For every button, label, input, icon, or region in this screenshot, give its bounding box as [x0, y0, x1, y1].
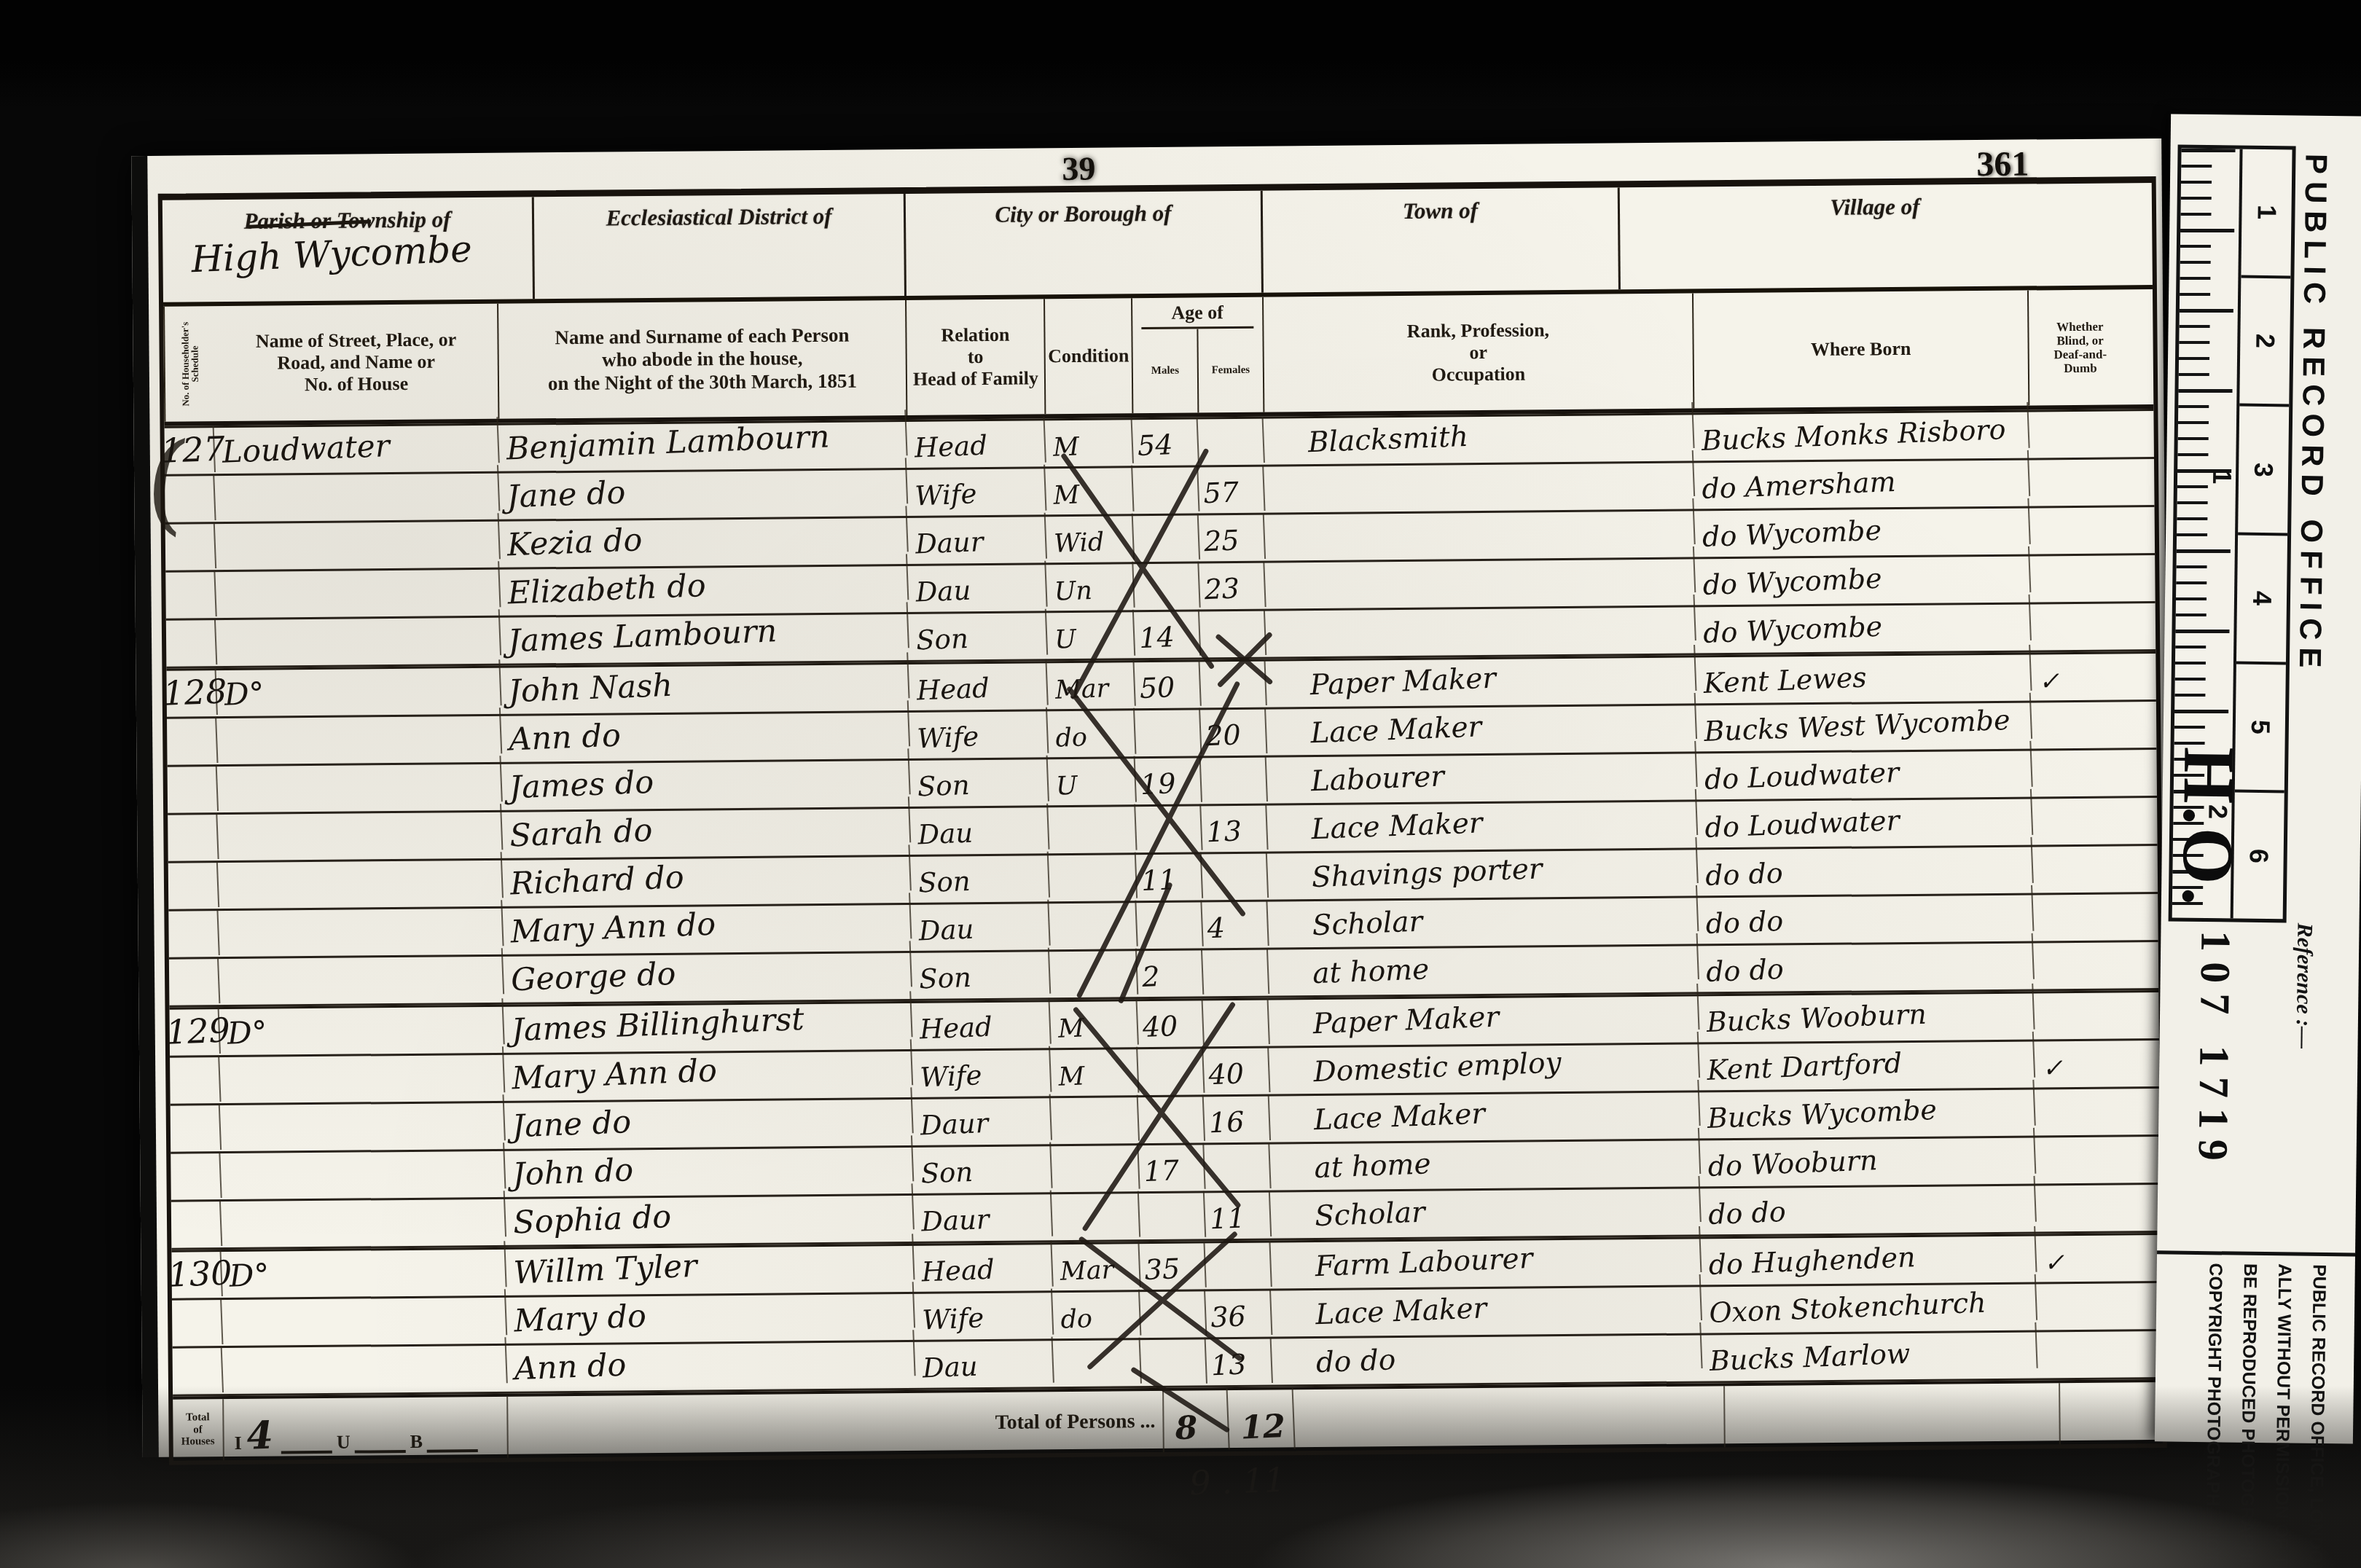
cell-condition: M [1045, 466, 1134, 515]
cell-street [220, 1142, 506, 1199]
scan-background: 39 361 ( Parish or Township of High Wyco… [0, 0, 2361, 1568]
cell-relation: Dau [907, 561, 1047, 612]
cell-age-male: 40 [1138, 999, 1205, 1047]
cell-street [217, 756, 503, 812]
cell-age-male [1140, 1338, 1207, 1386]
cell-schedule-number [165, 1152, 222, 1200]
cell-relation: Dau [910, 900, 1050, 951]
col-header-schedule: No. of Householder's Schedule [163, 306, 215, 422]
village-label: Village of [1830, 194, 1919, 220]
building-label: B [410, 1431, 423, 1453]
cell-age-female [1200, 659, 1267, 707]
cell-street [215, 513, 501, 570]
cell-age-male [1132, 466, 1199, 514]
cell-age-female: 57 [1198, 465, 1265, 513]
cell-blind-mark [2029, 408, 2132, 458]
cell-blind-mark [2035, 1182, 2139, 1231]
cell-blind-mark [2029, 456, 2132, 506]
cell-age-male: 35 [1139, 1242, 1206, 1290]
cell-relation: Head [912, 998, 1052, 1049]
cell-condition: U [1046, 610, 1135, 659]
inhabited-rule [281, 1429, 332, 1454]
cell-relation: Son [908, 609, 1048, 660]
copyright-line: BE REPRODUCED PHOTOGRAPHIC- [2230, 1263, 2266, 1436]
cell-condition: M [1050, 1047, 1139, 1097]
public-record-office-label: PUBLIC RECORD OFFICE [2290, 154, 2334, 912]
col-header-condition: Condition [1045, 298, 1133, 414]
cell-age-male [1136, 901, 1203, 949]
cell-age-female [1204, 1142, 1271, 1191]
census-table: ( Parish or Township of High Wycombe Ecc… [158, 176, 2167, 1465]
cell-schedule-number [165, 1104, 222, 1152]
cell-relation: Daur [912, 1094, 1052, 1145]
cell-street: D° [216, 659, 502, 716]
cell-schedule-number: 127 [159, 426, 216, 474]
totals-spacer-born [1725, 1383, 2061, 1447]
cell-relation: Head [913, 1241, 1053, 1292]
cell-schedule-number: 129 [164, 1008, 221, 1056]
cell-blind-mark: ✓ [2035, 1232, 2139, 1282]
cell-relation: Son [910, 852, 1050, 903]
cell-condition: Wid [1046, 514, 1135, 563]
cell-condition: Mar [1047, 660, 1136, 710]
ruler-cell: 2 [2239, 278, 2290, 407]
cell-condition [1049, 852, 1138, 902]
cell-blind-mark [2029, 552, 2133, 602]
cell-age-male: 2 [1137, 949, 1204, 997]
cell-age-male: 54 [1132, 418, 1199, 466]
age-of-label: Age of [1141, 297, 1253, 329]
age-sub-headers: Males Females [1132, 329, 1263, 413]
ruler-cell-number: 1 [2251, 205, 2282, 220]
cell-relation: Dau [909, 804, 1049, 855]
ruler-cell-number: 5 [2245, 720, 2276, 735]
cell-blind-mark [2034, 989, 2137, 1039]
ruler-cell: 4 [2236, 536, 2287, 665]
cell-age-female: 16 [1204, 1094, 1271, 1142]
cell-schedule-number [160, 522, 216, 571]
uninhabited-rule [355, 1428, 406, 1454]
cell-blind-mark [2035, 1134, 2138, 1183]
cell-condition [1051, 1143, 1140, 1193]
cell-schedule-number [163, 957, 220, 1006]
cell-relation: Wife [914, 1289, 1054, 1340]
cell-condition: Mar [1052, 1242, 1140, 1291]
cell-condition: M [1050, 999, 1139, 1048]
cell-age-male [1140, 1290, 1207, 1338]
cell-age-female [1198, 417, 1265, 465]
cell-age-female: 25 [1199, 513, 1266, 561]
cell-schedule-number [161, 717, 218, 765]
cell-schedule-number [163, 909, 219, 957]
cell-blind-mark [2029, 504, 2133, 554]
column-header-row: No. of Householder's Schedule Name of St… [163, 289, 2153, 426]
folio-number-center: 39 [1062, 149, 1095, 188]
totals-spacer-blind [2060, 1382, 2163, 1444]
cell-age-male: 50 [1135, 660, 1202, 708]
cell-relation: Wife [907, 465, 1046, 516]
cell-age-male: 11 [1136, 852, 1203, 901]
copyright-line: PUBLIC RECORD OFFICE, LONDON [2299, 1264, 2335, 1437]
scan-top-shadow [0, 0, 2361, 109]
reference-label: Reference :— [2290, 923, 2317, 1049]
parish-value: High Wycombe [162, 225, 533, 281]
cell-condition [1051, 1095, 1140, 1145]
cell-age-male [1139, 1191, 1206, 1239]
cell-relation: Head [909, 659, 1049, 710]
corrected-totals-note: 9 . 11 [1189, 1460, 1286, 1503]
inhabited-label: I [235, 1432, 242, 1454]
ho-class-stamp: H.O. [2166, 746, 2252, 909]
cell-blind-mark [2035, 1086, 2138, 1135]
cell-age-female [1199, 609, 1266, 657]
cell-street [216, 707, 502, 764]
inhabited-value: 4 [246, 1414, 275, 1459]
cell-street [222, 1337, 508, 1394]
ruler-cell-number: 3 [2248, 462, 2279, 477]
copyright-line: ALLY WITHOUT PERMISSION OF THE [2265, 1263, 2301, 1436]
cell-schedule-number [165, 1200, 222, 1248]
cell-street [219, 1046, 505, 1103]
cell-age-female: 11 [1205, 1191, 1272, 1239]
cell-age-female [1203, 998, 1270, 1046]
cell-age-male: 19 [1135, 756, 1202, 804]
cell-blind-mark [2032, 843, 2136, 893]
cell-relation: Dau [915, 1337, 1054, 1388]
cell-relation: Head [907, 417, 1046, 468]
cell-blind-mark: ✓ [2030, 651, 2134, 700]
col-header-name: Name and Surname of each Person who abod… [498, 300, 907, 419]
cell-condition [1052, 1191, 1140, 1241]
cell-age-male [1135, 708, 1202, 756]
cell-blind-mark [2032, 891, 2136, 941]
cell-relation: Daur [913, 1191, 1053, 1242]
age-females-label: Females [1198, 329, 1263, 413]
cell-age-female: 20 [1200, 707, 1267, 756]
ruler-cell-number: 2 [2250, 334, 2280, 349]
ruler-cell-number: 4 [2247, 591, 2277, 606]
title-cell-village: Village of [1620, 183, 2131, 289]
cell-blind-mark [2036, 1280, 2139, 1330]
cell-street [216, 609, 501, 666]
cell-condition [1049, 949, 1138, 998]
cell-street: Loudwater [214, 417, 500, 474]
cell-street: D° [219, 998, 505, 1055]
cell-blind-mark [2033, 939, 2137, 989]
cell-relation: Daur [907, 513, 1047, 564]
total-persons-label: Total of Persons ... [508, 1391, 1164, 1458]
cell-blind-mark [2030, 600, 2134, 650]
cell-schedule-number: 128 [161, 669, 218, 717]
cell-street [219, 948, 504, 1005]
cell-relation: Son [909, 756, 1049, 807]
cell-blind-mark [2031, 699, 2134, 748]
cell-age-female [1202, 852, 1269, 900]
borough-label: City or Borough of [995, 200, 1171, 227]
totals-spacer-occupation [1295, 1386, 1726, 1451]
cell-street: D° [222, 1241, 507, 1298]
total-houses-label: Total of Houses [173, 1399, 224, 1461]
cell-age-male: 14 [1134, 610, 1201, 658]
col-header-occupation: Rank, Profession, or Occupation [1264, 293, 1694, 412]
col-header-blind: Whether Blind, or Deaf-and- Dumb [2029, 289, 2131, 405]
cell-age-female: 23 [1199, 561, 1266, 609]
cell-condition: do [1052, 1290, 1141, 1339]
cell-age-female: 13 [1201, 804, 1268, 852]
cell-schedule-number [160, 619, 217, 667]
cell-street [218, 900, 504, 957]
piece-number-stamp: 107 1719 [2188, 930, 2240, 1171]
cell-condition: do [1047, 708, 1136, 758]
uninhabited-label: U [337, 1432, 351, 1454]
cell-relation: Son [911, 948, 1051, 999]
cell-age-male [1133, 514, 1200, 562]
district-label: Ecclesiastical District of [606, 203, 831, 231]
cell-street [220, 1094, 506, 1151]
cell-blind-mark: ✓ [2034, 1038, 2137, 1087]
title-cell-parish: Parish or Township of High Wycombe [163, 197, 535, 302]
cell-age-female [1202, 948, 1269, 996]
cell-condition [1048, 804, 1137, 854]
strip-divider [2157, 1250, 2355, 1256]
cell-age-female: 4 [1202, 900, 1269, 948]
census-rows: 127 Loudwater Benjamin Lambourn Head M 5… [164, 409, 2162, 1397]
cell-street [222, 1289, 507, 1346]
cell-street [215, 561, 501, 618]
ruler-inch-1: 1 [2207, 469, 2237, 485]
cell-blind-mark [2037, 1328, 2140, 1378]
census-page: 39 361 ( Parish or Township of High Wyco… [131, 138, 2172, 1457]
cell-age-male [1133, 562, 1200, 610]
ruler-cell: 1 [2241, 149, 2292, 278]
copyright-line: COPYRIGHT PHOTOGRAPH—NOT TO [2196, 1263, 2232, 1435]
cell-condition: M [1045, 418, 1134, 467]
title-cell-borough: City or Borough of [906, 191, 1264, 296]
cell-condition: U [1048, 756, 1137, 806]
cell-schedule-number [162, 765, 219, 813]
title-cell-district: Ecclesiastical District of [534, 194, 907, 299]
col-header-where-born: Where Born [1694, 290, 2029, 408]
cell-age-female: 36 [1205, 1289, 1272, 1337]
cell-schedule-number [164, 1056, 221, 1104]
building-rule [427, 1427, 478, 1453]
cell-age-female [1205, 1241, 1272, 1289]
cell-condition [1049, 901, 1138, 950]
cell-schedule-number [167, 1346, 224, 1395]
col-header-age: Age of Males Females [1132, 297, 1264, 414]
cell-relation: Son [912, 1142, 1052, 1193]
cell-blind-mark [2032, 795, 2135, 844]
cell-age-male [1138, 1047, 1205, 1095]
cell-schedule-number [162, 813, 219, 861]
cell-age-female: 13 [1206, 1337, 1273, 1385]
cell-street [217, 804, 503, 861]
cell-schedule-number: 130 [166, 1250, 223, 1298]
total-houses-values: I 4 U B [224, 1397, 509, 1460]
copyright-notice: COPYRIGHT PHOTOGRAPH—NOT TOBE REPRODUCED… [2196, 1263, 2336, 1436]
total-persons-male: 8 [1162, 1388, 1230, 1451]
cell-relation: Wife [912, 1046, 1052, 1097]
cell-age-female: 40 [1203, 1046, 1270, 1094]
ruler-cell: 3 [2238, 407, 2289, 536]
town-label: Town of [1403, 197, 1478, 224]
title-band: Parish or Township of High Wycombe Eccle… [163, 183, 2153, 307]
cell-age-male [1135, 804, 1202, 852]
title-cell-town: Town of [1263, 187, 1621, 292]
cell-age-female [1201, 756, 1268, 804]
cell-condition [1053, 1338, 1142, 1387]
cell-blind-mark [2032, 747, 2135, 796]
cell-schedule-number [163, 861, 219, 909]
cell-schedule-number [160, 571, 216, 619]
cell-age-male: 17 [1138, 1143, 1205, 1191]
col-header-street: Name of Street, Place, or Road, and Name… [214, 304, 499, 421]
col-header-relation: Relation to Head of Family [907, 299, 1046, 415]
total-persons-female: 12 [1228, 1388, 1296, 1451]
cell-age-male [1138, 1095, 1205, 1143]
age-males-label: Males [1132, 329, 1199, 414]
cell-relation: Wife [909, 707, 1049, 758]
pro-reference-strip: 1 2 123456 PUBLIC RECORD OFFICE Referenc… [2155, 114, 2361, 1443]
cell-schedule-number [159, 474, 216, 522]
cell-condition: Un [1046, 562, 1135, 611]
cell-street [214, 465, 500, 522]
cell-street [221, 1191, 506, 1247]
cell-schedule-number [166, 1298, 223, 1346]
